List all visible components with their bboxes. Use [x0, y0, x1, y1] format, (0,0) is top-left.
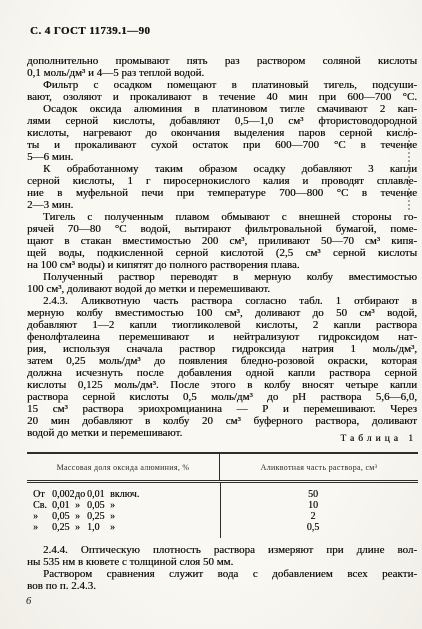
table-row: »0,05»0,25»2	[27, 511, 418, 522]
range-part: 0,25	[87, 511, 110, 522]
text-line: К обработанному таким образом осадку доб…	[27, 163, 417, 175]
text-line: Раствором сравнения служит вода с добавл…	[27, 568, 417, 580]
text-line: вов по п. 2.4.3.	[27, 580, 417, 592]
range-part: 0,25	[52, 522, 75, 533]
text-line: кислоты, нагревают до окончания выделени…	[27, 127, 417, 139]
scanned-document-page: С. 4 ГОСТ 11739.1—90 дополнительно промы…	[0, 0, 422, 629]
text-line: Полученный раствор переводят в мерную ко…	[27, 271, 417, 283]
mass-fraction-range-cell: »0,25»1,0»	[27, 522, 220, 533]
column-divider	[220, 483, 221, 538]
text-line: затем 0,25 моль/дм³ до появления бледно-…	[27, 355, 417, 367]
text-line: Фильтр с осадком помещают в платиновый т…	[27, 79, 417, 91]
range-part: »	[110, 522, 220, 533]
text-line: мерную колбу вместимостью 100 см³, долив…	[27, 307, 417, 319]
text-line: вают, озоляют и прокаливают в течение 40…	[27, 91, 417, 103]
mass-fraction-range-cell: »0,05»0,25»	[27, 511, 220, 522]
aliquot-value-cell: 50	[220, 489, 418, 500]
text-line: должна исчезнуть после добавления одной …	[27, 367, 417, 379]
range-part: 0,01	[87, 489, 110, 500]
mass-fraction-range-cell: От0,002до0,01включ.	[27, 489, 220, 500]
text-line: 2.4.3. Аликвотную часть раствора согласн…	[27, 295, 417, 307]
text-line: 20 мин добавляют в колбу 20 см³ буферног…	[27, 415, 417, 427]
text-line: щей воды, подкисленной серной кислотой (…	[27, 247, 417, 259]
mass-fraction-range-cell: Св.0,01»0,05»	[27, 500, 220, 511]
text-line: рячей 70—80 °С водой, вытирают фильтрова…	[27, 223, 417, 235]
table-row: »0,25»1,0»0,5	[27, 522, 418, 533]
text-line: Тигель с полученным плавом обмывают с вн…	[27, 211, 417, 223]
text-line: раствора серной кислоты 0,5 моль/дм³ до …	[27, 391, 417, 403]
body-text: дополнительно промывают пять раз раствор…	[27, 55, 417, 439]
text-line: 100 см³, доливают водой до метки и перем…	[27, 283, 417, 295]
text-line: 2.4.4. Оптическую плотность раствора изм…	[27, 544, 417, 556]
range-part: »	[33, 522, 52, 533]
text-line: добавляют 1—2 капли тиогликолевой кислот…	[27, 319, 417, 331]
text-line: на 100 см³ воды) и кипятят до полного ра…	[27, 259, 417, 271]
text-line: 2—3 мин.	[27, 199, 417, 211]
data-table: Массовая доля оксида алюминия, % Аликвот…	[27, 452, 418, 538]
range-part: »	[75, 522, 87, 533]
range-part: 0,002	[52, 489, 75, 500]
scan-artifact	[408, 128, 410, 210]
range-part: От	[33, 489, 52, 500]
range-part: »	[33, 511, 52, 522]
range-part: включ.	[110, 489, 220, 500]
aliquot-value-cell: 0,5	[220, 522, 418, 533]
text-line: 5—6 мин.	[27, 151, 417, 163]
footer-text: 2.4.4. Оптическую плотность раствора изм…	[27, 544, 417, 592]
text-line: кислоты 0,125 моль/дм³. После этого в ко…	[27, 379, 417, 391]
range-part: »	[110, 511, 220, 522]
aliquot-value-cell: 2	[220, 511, 418, 522]
range-part: »	[75, 500, 87, 511]
table-header-row: Массовая доля оксида алюминия, % Аликвот…	[27, 454, 418, 483]
table-body: От0,002до0,01включ.50Св.0,01»0,05»10»0,0…	[27, 483, 418, 538]
text-line: рия, используя сначала раствор гидроксид…	[27, 343, 417, 355]
text-line: ты и прокаливают сухой остаток при 600—7…	[27, 139, 417, 151]
range-part: 0,01	[52, 500, 75, 511]
text-line: лями серной кислоты, добавляют 0,5—1,0 с…	[27, 115, 417, 127]
text-line: 15 см³ раствора эриохромцианина — Р и пе…	[27, 403, 417, 415]
range-part: 0,05	[87, 500, 110, 511]
table-row: От0,002до0,01включ.50	[27, 489, 418, 500]
col1-header-cell: Массовая доля оксида алюминия, %	[27, 454, 220, 480]
text-line: дополнительно промывают пять раз раствор…	[27, 55, 417, 67]
text-line: ны 535 нм в кювете с толщиной слоя 50 мм…	[27, 556, 417, 568]
text-line: Осадок оксида алюминия в платиновом тигл…	[27, 103, 417, 115]
text-line: ние в муфельной печи при температуре 700…	[27, 187, 417, 199]
text-line: серной кислоты, 1 г пиросернокислого кал…	[27, 175, 417, 187]
range-part: 0,05	[52, 511, 75, 522]
page-header: С. 4 ГОСТ 11739.1—90	[30, 25, 150, 37]
range-part: до	[75, 489, 87, 500]
table-row: Св.0,01»0,05»10	[27, 500, 418, 511]
text-line: щают в стакан вместимостью 200 см³, прил…	[27, 235, 417, 247]
page-number: 6	[26, 596, 31, 607]
range-part: Св.	[33, 500, 52, 511]
table-caption: Таблица 1	[340, 434, 417, 444]
aliquot-value-cell: 10	[220, 500, 418, 511]
text-line: 0,1 моль/дм³ и 4—5 раз теплой водой.	[27, 67, 417, 79]
range-part: 1,0	[87, 522, 110, 533]
col2-header-cell: Аликвотная часть раствора, см³	[220, 454, 418, 480]
range-part: »	[75, 511, 87, 522]
text-line: фенолфталеина перемешивают и нейтрализую…	[27, 331, 417, 343]
range-part: »	[110, 500, 220, 511]
